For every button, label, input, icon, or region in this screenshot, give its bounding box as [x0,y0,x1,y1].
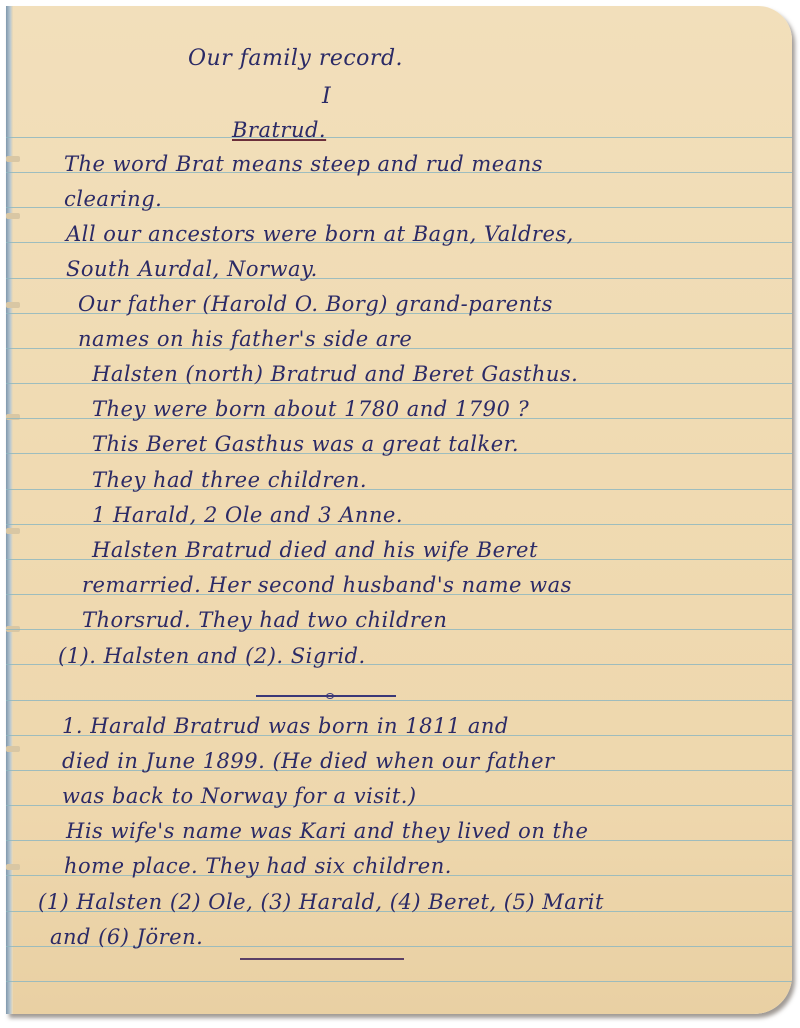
text-line: home place. They had six children. [64,854,452,878]
text-line: (1) Halsten (2) Ole, (3) Harald, (4) Ber… [38,890,604,914]
text-line: This Beret Gasthus was a great talker. [92,432,519,456]
divider-ornament [326,693,334,699]
text-line: His wife's name was Kari and they lived … [66,819,588,843]
ruled-line [6,137,792,138]
text-line: names on his father's side are [78,327,412,351]
text-line: 1. Harald Bratrud was born in 1811 and [62,714,509,738]
text-line: Thorsrud. They had two children [82,608,447,632]
text-line: clearing. [64,187,162,211]
closing-underline [240,958,404,960]
text-line: (1). Halsten and (2). Sigrid. [58,644,366,668]
document-title: Our family record. [188,46,403,71]
ruled-line [6,981,792,982]
binding-stitch [6,414,20,420]
text-line: They were born about 1780 and 1790 ? [92,397,529,421]
binding-stitch [6,746,20,752]
text-line: Our father (Harold O. Borg) grand-parent… [78,292,553,316]
binding-stitch [6,213,20,219]
text-line: remarried. Her second husband's name was [82,573,572,597]
binding-stitch [6,302,20,308]
text-line: Halsten (north) Bratrud and Beret Gasthu… [92,362,578,386]
ruled-line [6,700,792,701]
text-line: All our ancestors were born at Bagn, Val… [66,222,574,246]
text-line: 1 Harald, 2 Ole and 3 Anne. [92,503,403,527]
text-line: The word Brat means steep and rud means [64,152,543,176]
text-line: was back to Norway for a visit.) [62,784,417,808]
text-line: Halsten Bratrud died and his wife Beret [92,538,538,562]
binding-stitch [6,864,20,870]
text-line: died in June 1899. (He died when our fat… [62,749,555,773]
text-line: and (6) Jören. [50,925,203,949]
text-line: They had three children. [92,468,367,492]
chapter-number: I [322,84,331,109]
notebook-page: Our family record. I Bratrud. The word B… [6,6,792,1014]
section-heading: Bratrud. [232,118,326,142]
text-line: South Aurdal, Norway. [66,257,318,281]
binding-stitch [6,156,20,162]
binding-stitch [6,528,20,534]
section-divider [256,695,396,697]
